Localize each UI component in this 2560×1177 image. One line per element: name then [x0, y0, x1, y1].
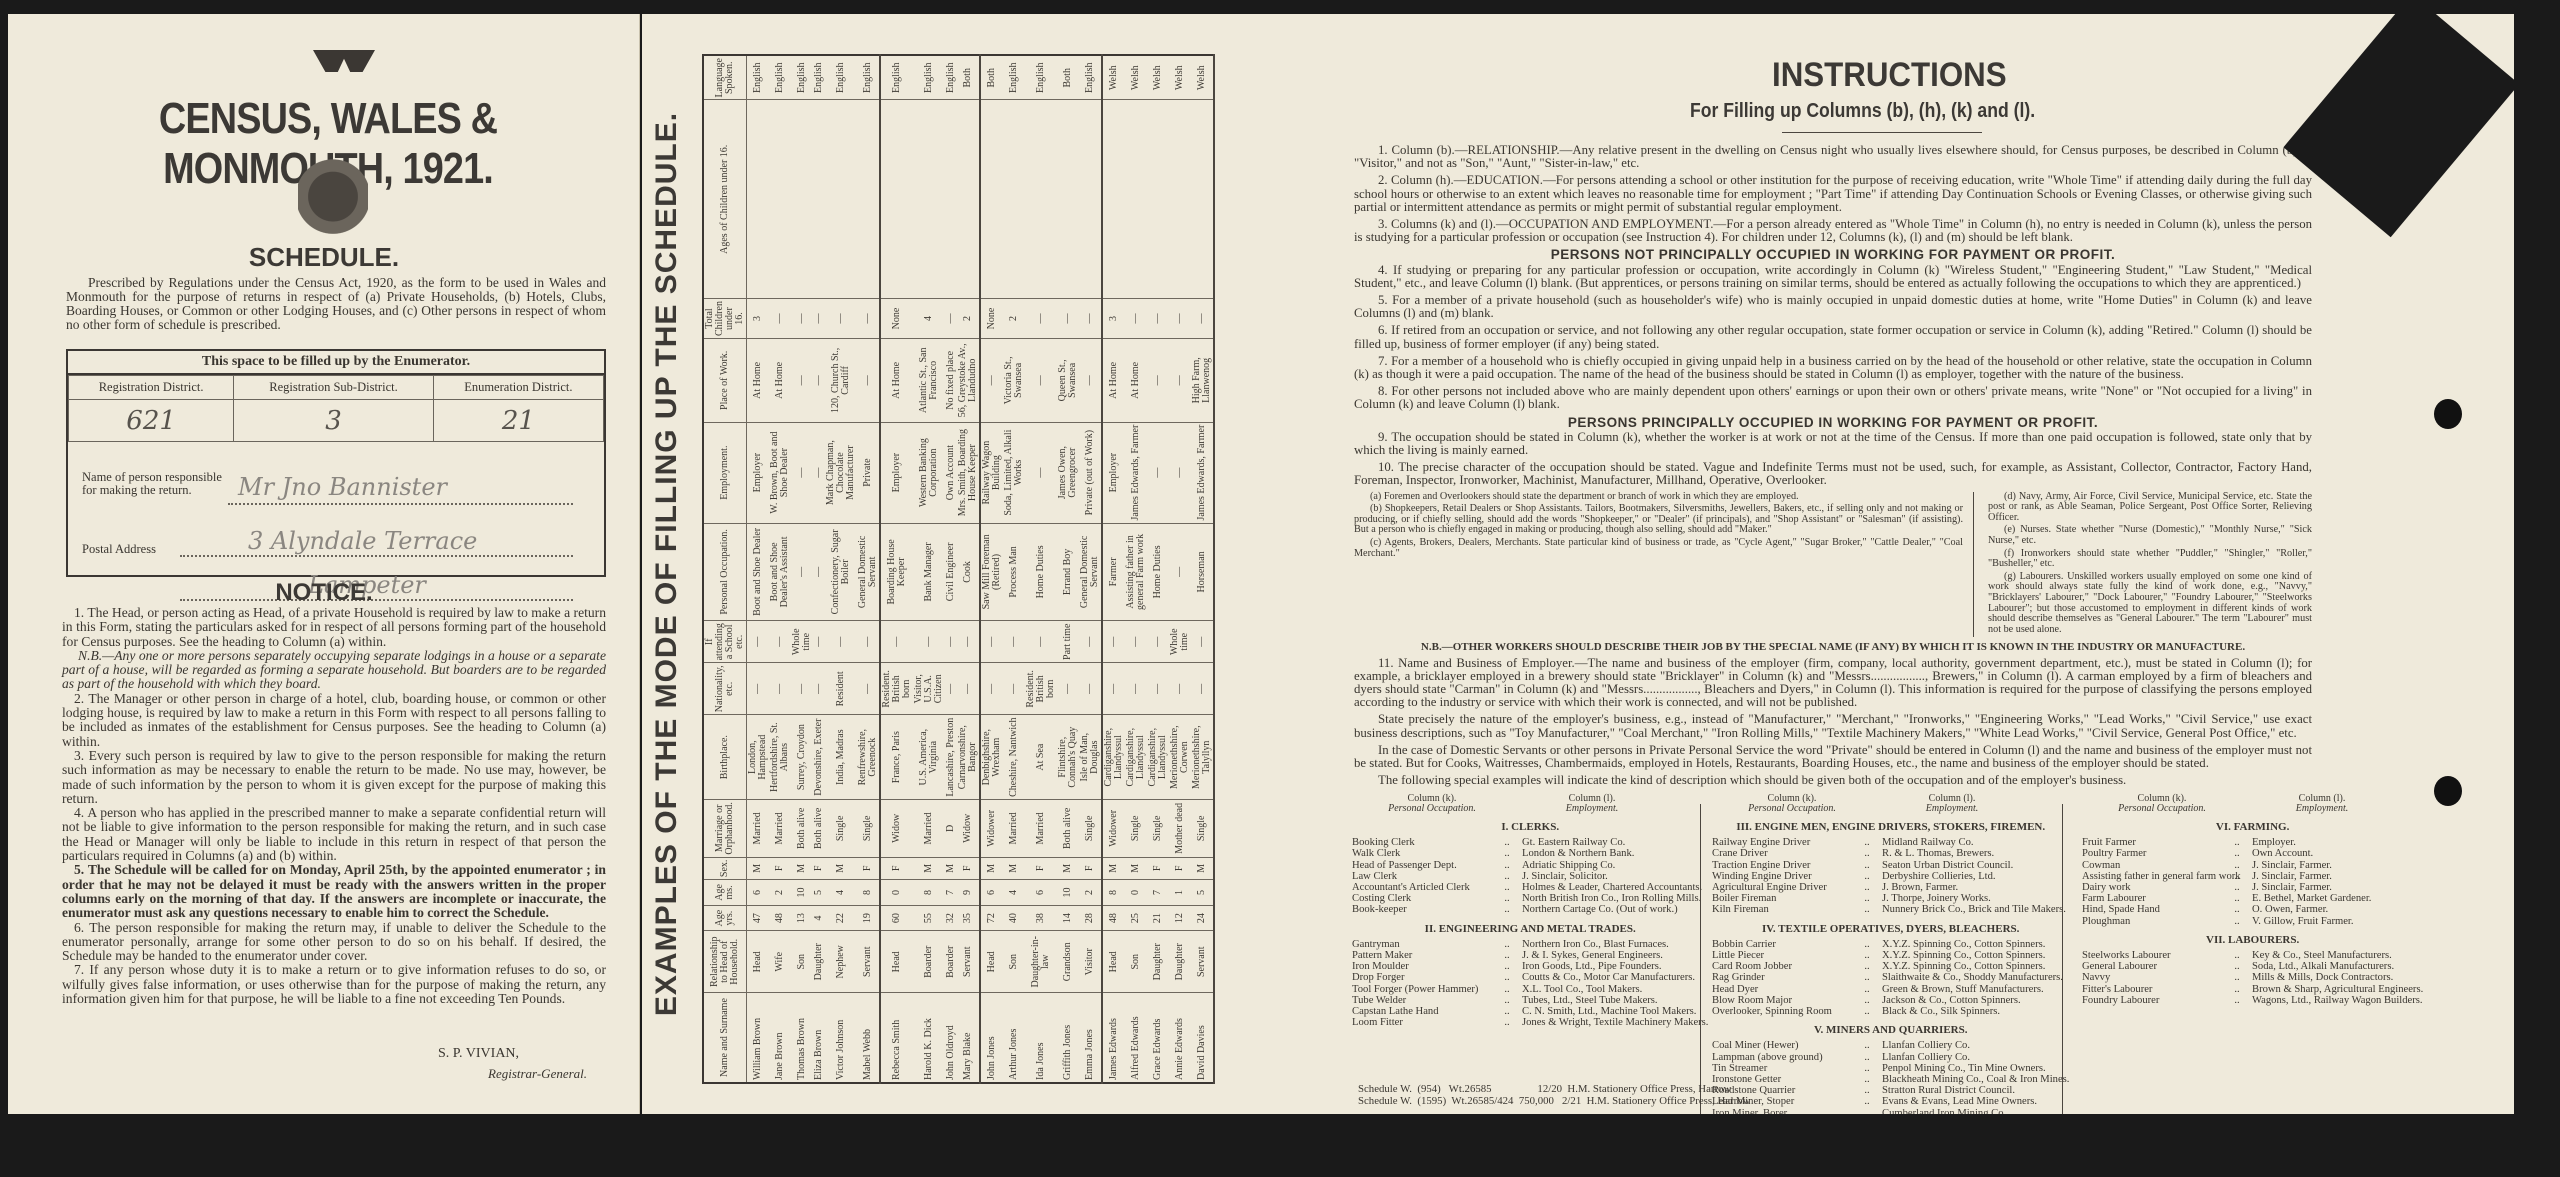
cell-birth: Denbighshire, Wrexham [980, 715, 1003, 800]
cell-name: William Brown [747, 993, 770, 1083]
district-table: Registration District. Registration Sub-… [68, 375, 604, 442]
instr-6: 6. If retired from an occupation or serv… [1354, 324, 2312, 350]
th-birthplace: Birthplace. [703, 715, 747, 800]
notice-para-6: 6. The person responsible for making the… [62, 921, 606, 964]
leader-dots: .. [1852, 848, 1882, 859]
cell-sch: — [945, 621, 957, 663]
leader-dots: .. [1852, 972, 1882, 983]
cell-lang: Both [1057, 55, 1079, 100]
cell-mar: Single [1079, 800, 1102, 857]
cell-emp: Railway Wagon Building [980, 422, 1003, 523]
leader-dots: .. [2222, 995, 2252, 1006]
cell-place: — [1147, 339, 1169, 423]
occupation: Agricultural Engine Driver [1712, 882, 1852, 893]
cell-rel: Daughter [813, 931, 825, 993]
cell-yrs: 22 [825, 905, 857, 931]
employer: North British Iron Co., Iron Rolling Mil… [1522, 893, 1701, 904]
th-total-children: Total Children under 16. [703, 299, 747, 339]
example-row: Gantryman..Northern Iron Co., Blast Furn… [1352, 939, 1708, 950]
employer: Derbyshire Collieries, Ltd. [1882, 871, 1996, 882]
sub-clauses-right: (d) Navy, Army, Air Force, Civil Service… [1988, 492, 2312, 638]
cell-child-ages [1079, 100, 1102, 299]
example-row: Railway Engine Driver..Midland Railway C… [1712, 837, 2069, 848]
cell-sch: — [825, 621, 857, 663]
leader-dots: .. [1852, 1063, 1882, 1074]
cell-birth: Lancashire, Preston [945, 715, 957, 800]
example-row: Rag Grinder..Slaithwaite & Co., Shoddy M… [1712, 972, 2069, 983]
occupation: Coal Miner (Hewer) [1712, 1040, 1852, 1051]
leader-dots: .. [1492, 972, 1522, 983]
cell-total: — [945, 299, 957, 339]
occupation: Accountant's Articled Clerk [1352, 882, 1492, 893]
employer: Blackheath Mining Co., Coal & Iron Mines… [1882, 1074, 2069, 1085]
leader-dots: .. [1492, 837, 1522, 848]
cell-place: Queen St., Swansea [1057, 339, 1079, 423]
leader-dots: .. [1852, 939, 1882, 950]
cell-sex: M [1191, 857, 1214, 880]
leader-dots: .. [1492, 995, 1522, 1006]
occupation: Steelworks Labourer [2082, 950, 2222, 961]
cell-nat: Resident [825, 663, 857, 715]
employer: J. Thorpe, Joinery Works. [1882, 893, 1991, 904]
cell-sch: — [1003, 621, 1025, 663]
cell-child-ages [791, 100, 813, 299]
cell-child-ages [1003, 100, 1025, 299]
col-registration-district: Registration District. [69, 376, 234, 400]
nb-other-workers: N.B.—OTHER WORKERS SHOULD DESCRIBE THEIR… [1354, 641, 2312, 654]
cell-name: Griffith Jones [1057, 993, 1079, 1083]
cell-lang: Welsh [1102, 55, 1125, 100]
cell-rel: Visitor [1079, 931, 1102, 993]
print-footer-1: Schedule W. (954) Wt.26585 12/20 H.M. St… [1358, 1084, 1731, 1096]
cell-total: 2 [957, 299, 980, 339]
cell-rel: Head [880, 931, 913, 993]
employer: Northern Cartage Co. (Out of work.) [1522, 904, 1678, 915]
cell-place: At Home [1125, 339, 1147, 423]
example-row: Lead Miner, Stoper..Evans & Evans, Lead … [1712, 1096, 2069, 1107]
cell-sch: — [1191, 621, 1214, 663]
cell-rel: Servant [957, 931, 980, 993]
cell-rel: Wife [769, 931, 791, 993]
cell-ms: 8 [1102, 880, 1125, 906]
example-row: Booking Clerk..Gt. Eastern Railway Co. [1352, 837, 1708, 848]
cell-emp: Mrs. Smith, Boarding House Keeper [957, 422, 980, 523]
employer: X.Y.Z. Spinning Co., Cotton Spinners. [1882, 950, 2045, 961]
cell-sex: F [957, 857, 980, 880]
cell-occ: Civil Engineer [945, 523, 957, 621]
clause-a: (a) Foremen and Overlookers should state… [1354, 492, 1963, 503]
example-row: Overlooker, Spinning Room..Black & Co., … [1712, 1006, 2069, 1017]
cell-sex: M [791, 857, 813, 880]
cell-lang: English [857, 55, 880, 100]
cell-sex: F [857, 857, 880, 880]
cell-place: 120, Church St., Cardiff [825, 339, 857, 423]
cell-nat: — [1102, 663, 1125, 715]
cell-sex: M [747, 857, 770, 880]
occupation: Boiler Fireman [1712, 893, 1852, 904]
leader-dots: .. [2222, 950, 2252, 961]
cell-emp: — [791, 422, 813, 523]
cell-total: — [857, 299, 880, 339]
cell-child-ages [1147, 100, 1169, 299]
employer: Tubes, Ltd., Steel Tube Makers. [1522, 995, 1658, 1006]
cell-lang: Welsh [1169, 55, 1191, 100]
leader-dots: .. [1852, 837, 1882, 848]
cell-lang: English [747, 55, 770, 100]
col-enumeration-district: Enumeration District. [433, 376, 603, 400]
cell-name: Rebecca Smith [880, 993, 913, 1083]
instr-9: 9. The occupation should be stated in Co… [1354, 431, 2312, 457]
name-field[interactable]: Mr Jno Bannister [238, 473, 447, 501]
employer: J. Sinclair, Farmer. [2252, 860, 2332, 871]
col-k-sublabel: Personal Occupation. [1712, 804, 1872, 814]
cell-emp: James Edwards, Farmer [1191, 422, 1214, 523]
clause-g: (g) Labourers. Unskilled workers usually… [1988, 572, 2312, 636]
notice-para-4: 4. A person who has applied in the presc… [62, 806, 606, 863]
example-row: Little Piecer..X.Y.Z. Spinning Co., Cott… [1712, 950, 2069, 961]
address-field-1[interactable]: 3 Alyndale Terrace [248, 527, 477, 555]
occupation: Drop Forger [1352, 972, 1492, 983]
cell-name: Thomas Brown [791, 993, 813, 1083]
cell-sch: — [747, 621, 770, 663]
th-age-yrs: Age yrs. [703, 905, 747, 931]
cell-birth: Surrey, Croydon [791, 715, 813, 800]
example-row: Accountant's Articled Clerk..Holmes & Le… [1352, 882, 1708, 893]
cell-yrs: 32 [945, 905, 957, 931]
leader-dots: .. [2222, 972, 2252, 983]
clause-f: (f) Ironworkers should state whether "Pu… [1988, 549, 2312, 570]
occupation: Railway Engine Driver [1712, 837, 1852, 848]
leader-dots: .. [1852, 1040, 1882, 1051]
occupation: Traction Engine Driver [1712, 860, 1852, 871]
example-row: Ironstone Getter..Blackheath Mining Co.,… [1712, 1074, 2069, 1085]
occupation: Blow Room Major [1712, 995, 1852, 1006]
cell-place: High Farm, Llanwenog [1191, 339, 1214, 423]
cell-yrs: 47 [747, 905, 770, 931]
enumeration-district-value[interactable]: 21 [433, 400, 603, 442]
cell-yrs: 40 [1003, 905, 1025, 931]
employer: Stratton Rural District Council. [1882, 1085, 2015, 1096]
cell-sex: F [1169, 857, 1191, 880]
leader-dots: .. [1852, 961, 1882, 972]
cell-birth: Isle of Man, Douglas [1079, 715, 1102, 800]
example-row: Card Room Jobber..X.Y.Z. Spinning Co., C… [1712, 961, 2069, 972]
cell-sch: — [1079, 621, 1102, 663]
employer: E. Bethel, Market Gardener. [2252, 893, 2371, 904]
category-heading: IV. TEXTILE OPERATIVES, DYERS, BLEACHERS… [1712, 924, 2069, 935]
registration-district-value[interactable]: 621 [69, 400, 234, 442]
cell-emp: Mark Chapman, Chocolate Manufacturer [825, 422, 857, 523]
punch-hole [2434, 399, 2462, 429]
example-row: Book-keeper..Northern Cartage Co. (Out o… [1352, 904, 1708, 915]
cell-sex: M [1102, 857, 1125, 880]
cell-lang: English [769, 55, 791, 100]
occupation: Fruit Farmer [2082, 837, 2222, 848]
cell-mar: Married [1003, 800, 1025, 857]
example-row: Head of Passenger Dept...Adriatic Shippi… [1352, 860, 1708, 871]
cell-name: Mabel Webb [857, 993, 880, 1083]
w-logo-icon [313, 50, 375, 72]
cell-place: 56, Greystoke Av., Llandudno [957, 339, 980, 423]
cell-total: — [1169, 299, 1191, 339]
leader-dots: .. [2222, 871, 2252, 882]
notice-nb: N.B.—Any one or more persons separately … [62, 649, 606, 692]
cell-sch: — [957, 621, 980, 663]
clause-c: (c) Agents, Brokers, Dealers, Merchants.… [1354, 538, 1963, 559]
cell-name: David Davies [1191, 993, 1214, 1083]
cell-yrs: 60 [880, 905, 913, 931]
examples-title: EXAMPLES OF THE MODE OF FILLING UP THE S… [650, 34, 684, 1094]
cell-mar: Widow [880, 800, 913, 857]
cell-place: — [791, 339, 813, 423]
cell-mar: Widower [1102, 800, 1125, 857]
column-headings: Column (k).Personal Occupation.Column (l… [1712, 794, 2069, 814]
employer: X.Y.Z. Spinning Co., Cotton Spinners. [1882, 961, 2045, 972]
th-marriage: Marriage or Orphanhood. [703, 800, 747, 857]
cell-occ: Cook [957, 523, 980, 621]
example-row: Assisting father in general farm work..J… [2082, 871, 2423, 882]
cell-ms: 8 [857, 880, 880, 906]
instr-14: The following special examples will indi… [1354, 774, 2312, 787]
occupation: Walk Clerk [1352, 848, 1492, 859]
table-row: John OldroydBoarder327MDLancashire, Pres… [945, 55, 957, 1083]
notice-para-1: 1. The Head, or person acting as Head, o… [62, 606, 606, 649]
cell-sch: Whole time [791, 621, 813, 663]
cell-sex: M [1125, 857, 1147, 880]
name-label: Name of person responsible for making th… [82, 471, 222, 497]
employer: Holmes & Leader, Chartered Accountants. [1522, 882, 1702, 893]
cell-sex: M [980, 857, 1003, 880]
occupation: Cowman [2082, 860, 2222, 871]
leader-dots: .. [1492, 939, 1522, 950]
cell-total: — [769, 299, 791, 339]
cell-total: — [813, 299, 825, 339]
cell-mar: Married [769, 800, 791, 857]
cell-birth: Hertfordshire, St. Albans [769, 715, 791, 800]
registration-sub-district-value[interactable]: 3 [234, 400, 434, 442]
cell-ms: 7 [1147, 880, 1169, 906]
cell-lang: Welsh [1147, 55, 1169, 100]
cell-occ: — [791, 523, 813, 621]
cell-yrs: 35 [957, 905, 980, 931]
employer: Own Account. [2252, 848, 2313, 859]
employer: Brown & Sharp, Agricultural Engineers. [2252, 984, 2423, 995]
th-school: If attending a School etc. [703, 621, 747, 663]
cell-rel: Daughter-in-law [1025, 931, 1057, 993]
cell-lang: English [1079, 55, 1102, 100]
employer: Evans & Evans, Lead Mine Owners. [1882, 1096, 2037, 1107]
cell-sch: — [1125, 621, 1147, 663]
cell-yrs: 25 [1125, 905, 1147, 931]
enumerator-box: This space to be filled up by the Enumer… [66, 349, 606, 577]
example-row: Navvy..Mills & Mills, Dock Contractors. [2082, 972, 2423, 983]
cell-emp: Own Account [945, 422, 957, 523]
cell-ms: 2 [1079, 880, 1102, 906]
instr-11: 11. Name and Business of Employer.—The n… [1354, 657, 2312, 710]
address-label: Postal Address [82, 543, 156, 556]
occupation: Lampman (above ground) [1712, 1052, 1852, 1063]
cell-rel: Head [980, 931, 1003, 993]
divider-2 [2062, 804, 2063, 1114]
cell-child-ages [769, 100, 791, 299]
cover-page: CENSUS, WALES & MONMOUTH, 1921. SCHEDULE… [8, 14, 640, 1114]
occupation: Rag Grinder [1712, 972, 1852, 983]
section-occupied: PERSONS PRINCIPALLY OCCUPIED IN WORKING … [1354, 416, 2312, 429]
occupation: Little Piecer [1712, 950, 1852, 961]
example-row: Iron Miner, Borer..Cumberland Iron Minin… [1712, 1108, 2069, 1114]
cell-occ: — [1169, 523, 1191, 621]
cell-ms: 5 [813, 880, 825, 906]
leader-dots: .. [1492, 893, 1522, 904]
cell-birth: U.S. America, Virginia [913, 715, 945, 800]
instructions-subtitle: For Filling up Columns (b), (h), (k) and… [1690, 100, 2035, 123]
cell-place: Victoria St., Swansea [1003, 339, 1025, 423]
leader-dots: .. [1492, 950, 1522, 961]
example-row: Boiler Fireman..J. Thorpe, Joinery Works… [1712, 893, 2069, 904]
instr-3: 3. Columns (k) and (l).—OCCUPATION AND E… [1354, 218, 2312, 244]
cell-sex: F [880, 857, 913, 880]
leader-dots: .. [1492, 871, 1522, 882]
leader-dots: .. [2222, 961, 2252, 972]
example-row: Drop Forger..Coutts & Co., Motor Car Man… [1352, 972, 1708, 983]
cell-ms: 9 [957, 880, 980, 906]
table-row: Victor JohnsonNephew224MSingleIndia, Mad… [825, 55, 857, 1083]
cell-ms: 6 [1025, 880, 1057, 906]
cell-birth: Merionethshire, Talyllyn [1191, 715, 1214, 800]
cell-birth: Cardiganshire, Llandyssul [1147, 715, 1169, 800]
cell-occ: Horseman [1191, 523, 1214, 621]
cell-rel: Head [1102, 931, 1125, 993]
cell-birth: Cardiganshire, Llandyssul [1102, 715, 1125, 800]
cell-nat: — [1057, 663, 1079, 715]
cell-name: Harold K. Dick [913, 993, 945, 1083]
cell-name: Arthur Jones [1003, 993, 1025, 1083]
cell-name: Ida Jones [1025, 993, 1057, 1083]
cell-total: 2 [1003, 299, 1025, 339]
example-row: Poultry Farmer..Own Account. [2082, 848, 2423, 859]
employer: Nunnery Brick Co., Brick and Tile Makers… [1882, 904, 2066, 915]
cell-occ: Saw Mill Foreman (Retired) [980, 523, 1003, 621]
col-registration-sub-district: Registration Sub-District. [234, 376, 434, 400]
examples-rotated: EXAMPLES OF THE MODE OF FILLING UP THE S… [642, 14, 1282, 1114]
cell-rel: Servant [857, 931, 880, 993]
cell-mar: Married [747, 800, 770, 857]
cell-ms: 1 [1169, 880, 1191, 906]
example-row: Traction Engine Driver..Seaton Urban Dis… [1712, 860, 2069, 871]
instr-2: 2. Column (h).—EDUCATION.—For persons at… [1354, 174, 2312, 214]
occupation: Overlooker, Spinning Room [1712, 1006, 1852, 1017]
table-row: Harold K. DickBoarder558MMarriedU.S. Ame… [913, 55, 945, 1083]
cell-rel: Daughter [1147, 931, 1169, 993]
cell-nat: Visitor, U.S.A. Citizen [913, 663, 945, 715]
cell-nat: — [945, 663, 957, 715]
leader-dots: .. [1852, 871, 1882, 882]
employer: J. Sinclair, Solicitor. [1522, 871, 1608, 882]
cell-ms: 5 [1191, 880, 1214, 906]
leader-dots: .. [1852, 893, 1882, 904]
category-heading: III. ENGINE MEN, ENGINE DRIVERS, STOKERS… [1712, 822, 2069, 833]
leader-dots: .. [2222, 882, 2252, 893]
th-relationship: Relationship to Head of Household. [703, 931, 747, 993]
example-row: Crane Driver..R. & L. Thomas, Brewers. [1712, 848, 2069, 859]
cell-rel: Son [791, 931, 813, 993]
example-row: Steelworks Labourer..Key & Co., Steel Ma… [2082, 950, 2423, 961]
cell-nat: — [769, 663, 791, 715]
cell-sex: F [1079, 857, 1102, 880]
employer: Soda, Ltd., Alkali Manufacturers. [2252, 961, 2394, 972]
cell-total: 3 [747, 299, 770, 339]
cell-child-ages [880, 100, 913, 299]
employer: Key & Co., Steel Manufacturers. [2252, 950, 2392, 961]
cell-mar: Single [1125, 800, 1147, 857]
cell-birth: Cardiganshire, Llandyssul [1125, 715, 1147, 800]
cell-child-ages [813, 100, 825, 299]
instructions-title: INSTRUCTIONS [1772, 56, 2007, 95]
category-heading: VI. FARMING. [2082, 822, 2423, 833]
employer: X.L. Tool Co., Tool Makers. [1522, 984, 1642, 995]
example-row: Pattern Maker..J. & I. Sykes, General En… [1352, 950, 1708, 961]
example-row: Blow Room Major..Jackson & Co., Cotton S… [1712, 995, 2069, 1006]
occupation: Card Room Jobber [1712, 961, 1852, 972]
cell-total: None [980, 299, 1003, 339]
cell-emp: Soda, Limited, Alkali Works [1003, 422, 1025, 523]
cell-ms: 0 [880, 880, 913, 906]
example-row: Agricultural Engine Driver..J. Brown, Fa… [1712, 882, 2069, 893]
employer: Employer. [2252, 837, 2296, 848]
th-age-ms: Age ms. [703, 880, 747, 906]
occupation: Pattern Maker [1352, 950, 1492, 961]
cell-name: Emma Jones [1079, 993, 1102, 1083]
example-row: Head Dyer..Green & Brown, Stuff Manufact… [1712, 984, 2069, 995]
category-heading: I. CLERKS. [1352, 822, 1708, 833]
cell-occ: Confectionery, Sugar Boiler [825, 523, 857, 621]
leader-dots: .. [1852, 1006, 1882, 1017]
example-row: Tube Welder..Tubes, Ltd., Steel Tube Mak… [1352, 995, 1708, 1006]
cell-mar: D [945, 800, 957, 857]
cell-emp: James Owen, Greengrocer [1057, 422, 1079, 523]
category-heading: II. ENGINEERING AND METAL TRADES. [1352, 924, 1708, 935]
instr-5: 5. For a member of a private household (… [1354, 294, 2312, 320]
cell-mar: Both alive [813, 800, 825, 857]
cell-emp: James Edwards, Farmer [1125, 422, 1147, 523]
cell-place: At Home [880, 339, 913, 423]
cell-nat: — [1191, 663, 1214, 715]
table-row: Annie EdwardsDaughter121FMother deadMeri… [1169, 55, 1191, 1083]
cell-nat: — [813, 663, 825, 715]
cell-yrs: 72 [980, 905, 1003, 931]
occupation: Fitter's Labourer [2082, 984, 2222, 995]
leader-dots: .. [2222, 837, 2252, 848]
cell-mar: Single [1191, 800, 1214, 857]
table-row: Rebecca SmithHead600FWidowFrance, ParisR… [880, 55, 913, 1083]
cell-total: 4 [913, 299, 945, 339]
leader-dots: .. [2222, 916, 2252, 927]
cell-sch: — [1025, 621, 1057, 663]
cell-ms: 10 [791, 880, 813, 906]
cell-yrs: 28 [1079, 905, 1102, 931]
column-headings: Column (k).Personal Occupation.Column (l… [1352, 794, 1708, 814]
examples-table: Name and Surname Relationship to Head of… [702, 54, 1215, 1084]
schedule-heading: SCHEDULE. [8, 242, 640, 273]
cell-lang: Welsh [1191, 55, 1214, 100]
leader-dots: .. [1492, 882, 1522, 893]
example-row: Iron Moulder..Iron Goods, Ltd., Pipe Fou… [1352, 961, 1708, 972]
table-row: Griffith JonesGrandson1410MBoth aliveFli… [1057, 55, 1079, 1083]
table-row: Emma JonesVisitor282FSingleIsle of Man, … [1079, 55, 1102, 1083]
cell-ms: 6 [980, 880, 1003, 906]
cell-rel: Servant [1191, 931, 1214, 993]
instr-10: 10. The precise character of the occupat… [1354, 461, 2312, 487]
